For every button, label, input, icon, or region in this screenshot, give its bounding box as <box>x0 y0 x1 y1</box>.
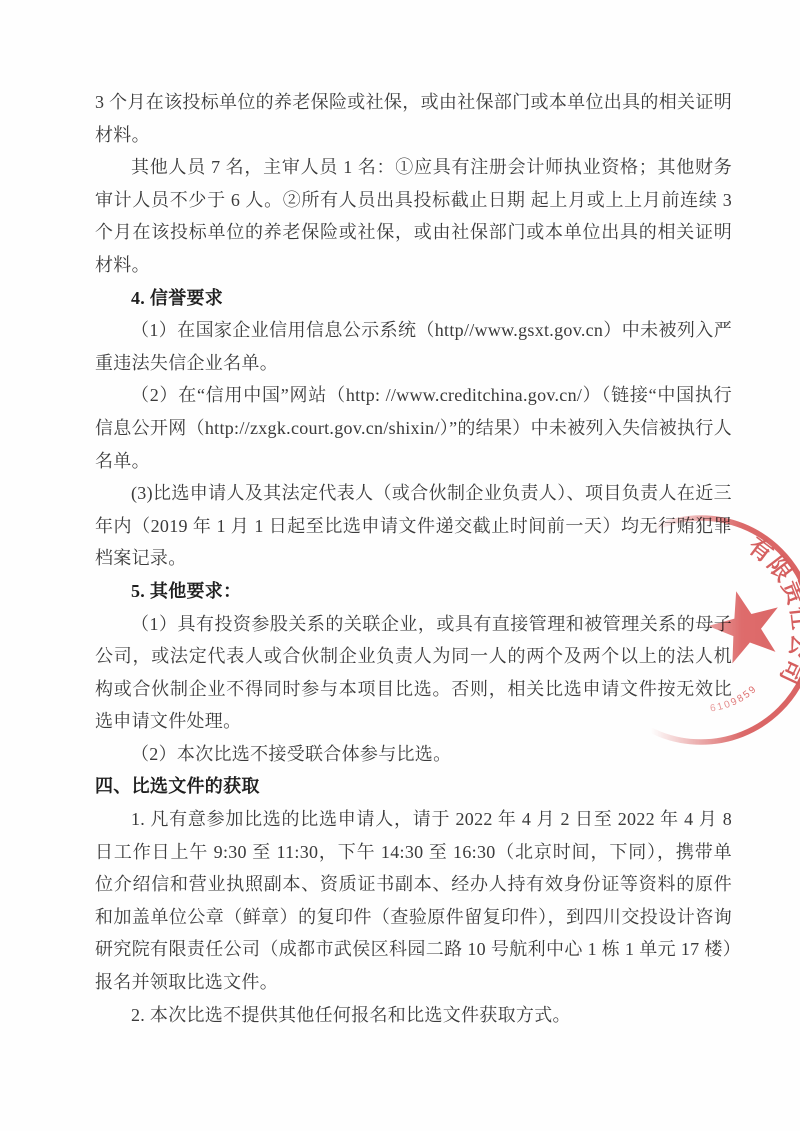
paragraph-credit-item-3: (3)比选申请人及其法定代表人（或合伙制企业负责人）、项目负责人在近三年内（20… <box>95 477 732 575</box>
paragraph-acquisition-item-2: 2. 本次比选不提供其他任何报名和比选文件获取方式。 <box>95 999 732 1032</box>
heading-other-requirements: 5. 其他要求： <box>95 575 732 608</box>
paragraph-other-personnel: 其他人员 7 名，主审人员 1 名：①应具有注册会计师执业资格；其他财务审计人员… <box>95 151 732 281</box>
paragraph-other-item-1: （1）具有投资参股关系的关联企业，或具有直接管理和被管理关系的母子公司，或法定代… <box>95 608 732 738</box>
paragraph-other-item-2: （2）本次比选不接受联合体参与比选。 <box>95 738 732 771</box>
heading-section-4-document-acquisition: 四、比选文件的获取 <box>95 770 732 803</box>
paragraph-credit-item-1: （1）在国家企业信用信息公示系统（http//www.gsxt.gov.cn）中… <box>95 314 732 379</box>
seal-arc-text-container: 有限责任公司 <box>743 531 800 689</box>
document-page: 3 个月在该投标单位的养老保险或社保，或由社保部门或本单位出具的相关证明材料。 … <box>0 0 800 1131</box>
seal-arc-text: 有限责任公司 <box>743 531 800 689</box>
paragraph-acquisition-item-1: 1. 凡有意参加比选的比选申请人，请于 2022 年 4 月 2 日至 2022… <box>95 803 732 999</box>
heading-credit-requirements: 4. 信誉要求 <box>95 282 732 315</box>
document-body: 3 个月在该投标单位的养老保险或社保，或由社保部门或本单位出具的相关证明材料。 … <box>95 86 732 1031</box>
paragraph-credit-item-2: （2）在“信用中国”网站（http: //www.creditchina.gov… <box>95 379 732 477</box>
paragraph-social-insurance-continued: 3 个月在该投标单位的养老保险或社保，或由社保部门或本单位出具的相关证明材料。 <box>95 86 732 151</box>
